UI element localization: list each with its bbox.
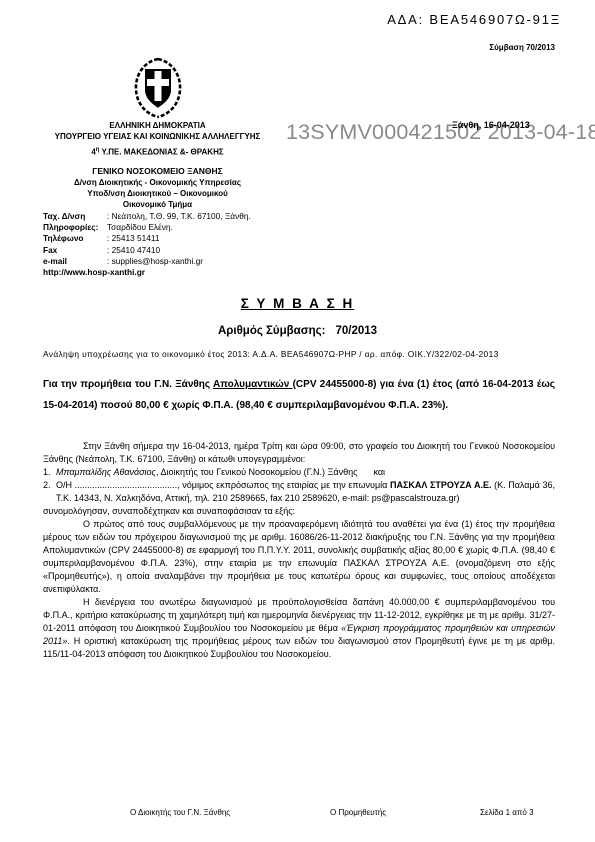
intro-paragraph: Στην Ξάνθη σήμερα την 16-04-2013, ημέρα … (43, 440, 555, 466)
subject-paragraph: Για την προμήθεια του Γ.Ν. Ξάνθης Απολυμ… (43, 374, 555, 416)
org-department: Οικονομικό Τμήμα (15, 199, 300, 210)
contract-number-line: Αριθμός Σύμβασης:70/2013 (0, 325, 595, 337)
org-republic: ΕΛΛΗΝΙΚΗ ΔΗΜΟΚΡΑΤΙΑ (15, 120, 300, 131)
terms-paragraph-2: Η διενέργεια του ανωτέρω διαγωνισμού με … (43, 596, 555, 661)
party-1-item: 1.Μπαμπαλίδης Αθανάσιος, Διοικητής του Γ… (43, 466, 555, 479)
contract-document-page: ΑΔΑ: ΒΕΑ546907Ω-91Ξ Σύμβαση 70/2013 13SY… (0, 0, 595, 842)
contact-info: Πληροφορίες: Τσαρδίδου Ελένη. (43, 222, 251, 233)
contact-block: Ταχ. Δ/νση : Νεάπολη, Τ.Θ. 99, Τ.Κ. 6710… (43, 211, 251, 278)
letterhead: ΕΛΛΗΝΙΚΗ ΔΗΜΟΚΡΑΤΙΑ ΥΠΟΥΡΓΕΙΟ ΥΓΕΙΑΣ ΚΑΙ… (15, 56, 300, 210)
contact-email: e-mail : supplies@hosp-xanthi.gr (43, 256, 251, 267)
underlined-term: Απολυμαντικών (213, 379, 293, 390)
registry-stamp: 13SYMV000421502 2013-04-18 (286, 120, 595, 145)
terms-paragraph-1: Ο πρώτος από τους συμβαλλόμενους με την … (43, 518, 555, 596)
commitment-line: Ανάληψη υποχρέωσης για το οικονομικό έτο… (43, 349, 555, 359)
ada-code: ΑΔΑ: ΒΕΑ546907Ω-91Ξ (387, 12, 561, 27)
agreement-line: συνομολόγησαν, συναποδέχτηκαν και συναπο… (43, 505, 555, 518)
party-1-name: Μπαμπαλίδης Αθανάσιος (56, 467, 156, 477)
contact-phone: Τηλέφωνο : 25413 51411 (43, 233, 251, 244)
footer-supplier-signature-label: Ο Προμηθευτής (330, 808, 386, 817)
document-title: Σ Υ Μ Β Α Σ Η (0, 296, 595, 311)
contact-address: Ταχ. Δ/νση : Νεάπολη, Τ.Θ. 99, Τ.Κ. 6710… (43, 211, 251, 222)
org-subdivision: Υποδ/νση Διοικητικού – Οικονομικού (15, 188, 300, 199)
contract-number-value: 70/2013 (335, 325, 377, 337)
org-region: 4η Υ.ΠΕ. ΜΑΚΕΔΟΝΙΑΣ &- ΘΡΑΚΗΣ (15, 145, 300, 158)
party-2-item: 2.Ο/Η ..................................… (43, 479, 555, 505)
place-date-line: Ξάνθη, 16-04-2013 (452, 120, 530, 130)
footer-director-signature-label: Ο Διοικητής του Γ.Ν. Ξάνθης (130, 808, 230, 817)
contract-reference: Σύμβαση 70/2013 (489, 43, 555, 52)
footer-page-number: Σελίδα 1 από 3 (480, 808, 534, 817)
org-division: Δ/νση Διοικητικής - Οικονομικής Υπηρεσία… (15, 177, 300, 188)
org-ministry: ΥΠΟΥΡΓΕΙΟ ΥΓΕΙΑΣ ΚΑΙ ΚΟΙΝΩΝΙΚΗΣ ΑΛΛΗΛΕΓΓ… (15, 131, 300, 142)
contract-number-label: Αριθμός Σύμβασης: (218, 325, 326, 337)
contact-fax: Fax : 25410 47410 (43, 245, 251, 256)
party-2-company: ΠΑΣΚΑΛ ΣΤΡΟΥΖΑ Α.Ε. (390, 480, 491, 490)
greek-coat-of-arms-icon (15, 56, 300, 120)
contact-website: http://www.hosp-xanthi.gr (43, 267, 251, 278)
contract-body: Στην Ξάνθη σήμερα την 16-04-2013, ημέρα … (43, 440, 555, 661)
org-hospital: ΓΕΝΙΚΟ ΝΟΣΟΚΟΜΕΙΟ ΞΑΝΘΗΣ (15, 166, 300, 177)
